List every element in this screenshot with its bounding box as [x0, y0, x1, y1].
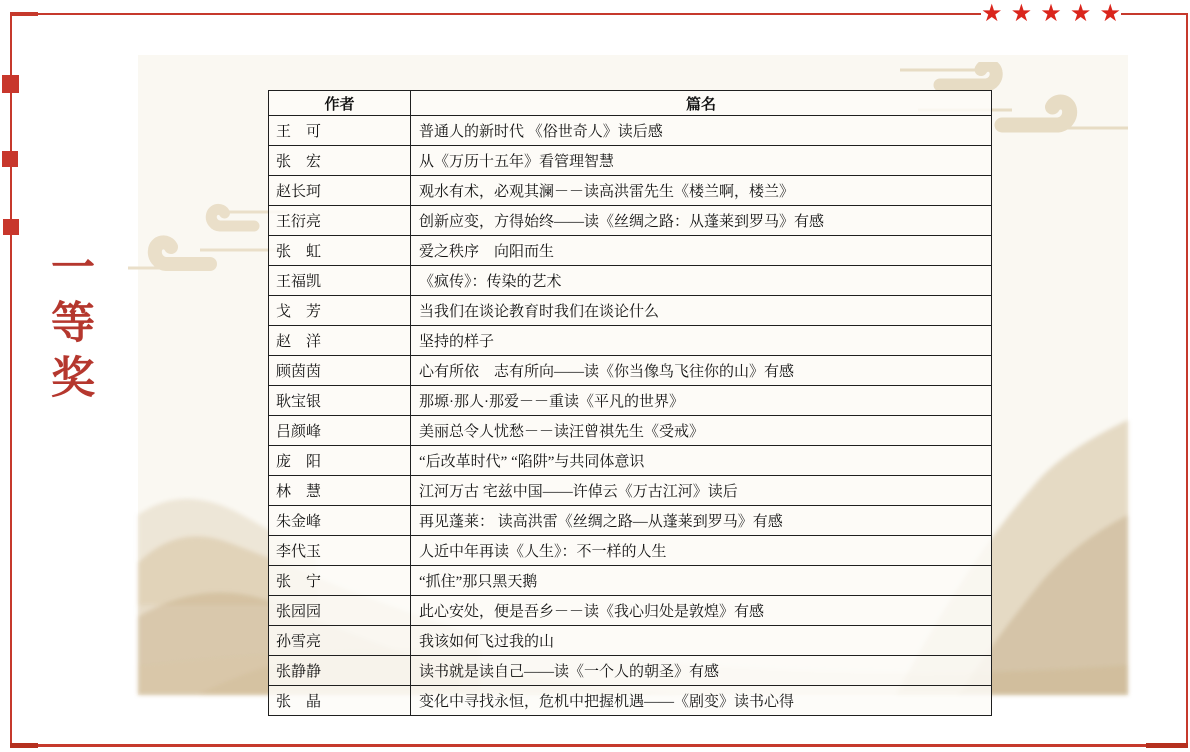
author-cell: 张 虹	[269, 236, 411, 266]
star-icon: ★	[1070, 0, 1092, 27]
title-cell: “抓住”那只黑天鹅	[411, 566, 992, 596]
title-cell: 变化中寻找永恒，危机中把握机遇——《剧变》读书心得	[411, 686, 992, 716]
author-cell: 王 可	[269, 116, 411, 146]
author-cell: 孙雪亮	[269, 626, 411, 656]
title-cell: “后改革时代” “陷阱”与共同体意识	[411, 446, 992, 476]
frame-right-line	[1186, 13, 1188, 747]
author-cell: 赵 洋	[269, 326, 411, 356]
square-decoration	[3, 219, 19, 235]
title-cell: 江河万古 宅兹中国——许倬云《万古江河》读后	[411, 476, 992, 506]
author-cell: 庞 阳	[269, 446, 411, 476]
table-row: 耿宝银 那塬·那人·那爱－－重读《平凡的世界》	[269, 386, 992, 416]
table-row: 孙雪亮 我该如何飞过我的山	[269, 626, 992, 656]
frame-bottom-accent-right	[1146, 743, 1188, 748]
star-icon: ★	[1011, 0, 1033, 27]
author-cell: 赵长珂	[269, 176, 411, 206]
slide: ★★★★★ 一等奖 作者 篇名 王 可	[0, 0, 1190, 752]
table-body: 王 可 普通人的新时代 《俗世奇人》读后感 张 宏 从《万历十五年》看管理智慧 …	[269, 116, 992, 716]
table-row: 张 虹 爱之秩序 向阳而生	[269, 236, 992, 266]
table-row: 王 可 普通人的新时代 《俗世奇人》读后感	[269, 116, 992, 146]
star-icon: ★	[981, 0, 1003, 27]
frame-top-accent	[10, 12, 38, 16]
stars: ★★★★★	[981, 0, 1121, 27]
square-decoration	[2, 151, 18, 167]
author-cell: 王衍亮	[269, 206, 411, 236]
table-row: 吕颜峰 美丽总令人忧愁－－读汪曾祺先生《受戒》	[269, 416, 992, 446]
author-cell: 张园园	[269, 596, 411, 626]
author-cell: 吕颜峰	[269, 416, 411, 446]
title-column-header: 篇名	[411, 91, 992, 116]
table-row: 王衍亮 创新应变，方得始终——读《丝绸之路：从蓬莱到罗马》有感	[269, 206, 992, 236]
table-row: 李代玉 人近中年再读《人生》：不一样的人生	[269, 536, 992, 566]
title-cell: 创新应变，方得始终——读《丝绸之路：从蓬莱到罗马》有感	[411, 206, 992, 236]
square-decoration	[2, 75, 19, 93]
table-row: 赵 洋 坚持的样子	[269, 326, 992, 356]
table-row: 朱金峰 再见蓬莱： 读高洪雷《丝绸之路—从蓬莱到罗马》有感	[269, 506, 992, 536]
title-cell: 《疯传》：传染的艺术	[411, 266, 992, 296]
author-cell: 戈 芳	[269, 296, 411, 326]
title-cell: 那塬·那人·那爱－－重读《平凡的世界》	[411, 386, 992, 416]
title-cell: 再见蓬莱： 读高洪雷《丝绸之路—从蓬莱到罗马》有感	[411, 506, 992, 536]
table-row: 林 慧 江河万古 宅兹中国——许倬云《万古江河》读后	[269, 476, 992, 506]
author-cell: 张 宏	[269, 146, 411, 176]
star-icon: ★	[1040, 0, 1062, 27]
title-cell: 此心安处，便是吾乡－－读《我心归处是敦煌》有感	[411, 596, 992, 626]
frame-top-line	[10, 13, 983, 15]
table-row: 张静静 读书就是读自己——读《一个人的朝圣》有感	[269, 656, 992, 686]
frame-bottom-accent-left	[10, 743, 38, 748]
author-cell: 张 晶	[269, 686, 411, 716]
author-cell: 林 慧	[269, 476, 411, 506]
table-row: 张 宁 “抓住”那只黑天鹅	[269, 566, 992, 596]
author-cell: 李代玉	[269, 536, 411, 566]
author-cell: 耿宝银	[269, 386, 411, 416]
star-icon: ★	[1099, 0, 1121, 27]
author-cell: 王福凯	[269, 266, 411, 296]
title-cell: 观水有术，必观其澜－－读高洪雷先生《楼兰啊，楼兰》	[411, 176, 992, 206]
frame-bottom-line	[10, 744, 1188, 747]
table-row: 赵长珂 观水有术，必观其澜－－读高洪雷先生《楼兰啊，楼兰》	[269, 176, 992, 206]
title-cell: 坚持的样子	[411, 326, 992, 356]
author-cell: 朱金峰	[269, 506, 411, 536]
frame-top-line-right	[1120, 13, 1188, 15]
table-row: 顾茵茵 心有所依 志有所向——读《你当像鸟飞往你的山》有感	[269, 356, 992, 386]
title-cell: 普通人的新时代 《俗世奇人》读后感	[411, 116, 992, 146]
title-cell: 读书就是读自己——读《一个人的朝圣》有感	[411, 656, 992, 686]
table-row: 张园园 此心安处，便是吾乡－－读《我心归处是敦煌》有感	[269, 596, 992, 626]
table-row: 庞 阳 “后改革时代” “陷阱”与共同体意识	[269, 446, 992, 476]
author-cell: 顾茵茵	[269, 356, 411, 386]
title-cell: 当我们在谈论教育时我们在谈论什么	[411, 296, 992, 326]
table-row: 戈 芳 当我们在谈论教育时我们在谈论什么	[269, 296, 992, 326]
title-cell: 从《万历十五年》看管理智慧	[411, 146, 992, 176]
prize-label: 一等奖	[36, 244, 100, 434]
author-cell: 张 宁	[269, 566, 411, 596]
title-cell: 我该如何飞过我的山	[411, 626, 992, 656]
table-header-row: 作者 篇名	[269, 91, 992, 116]
author-cell: 张静静	[269, 656, 411, 686]
author-column-header: 作者	[269, 91, 411, 116]
title-cell: 人近中年再读《人生》：不一样的人生	[411, 536, 992, 566]
table-row: 王福凯 《疯传》：传染的艺术	[269, 266, 992, 296]
title-cell: 爱之秩序 向阳而生	[411, 236, 992, 266]
table-row: 张 晶 变化中寻找永恒，危机中把握机遇——《剧变》读书心得	[269, 686, 992, 716]
title-cell: 美丽总令人忧愁－－读汪曾祺先生《受戒》	[411, 416, 992, 446]
awards-table: 作者 篇名 王 可 普通人的新时代 《俗世奇人》读后感 张 宏 从《万历十五年》…	[268, 90, 992, 716]
table-row: 张 宏 从《万历十五年》看管理智慧	[269, 146, 992, 176]
title-cell: 心有所依 志有所向——读《你当像鸟飞往你的山》有感	[411, 356, 992, 386]
frame-left-line	[10, 13, 12, 747]
